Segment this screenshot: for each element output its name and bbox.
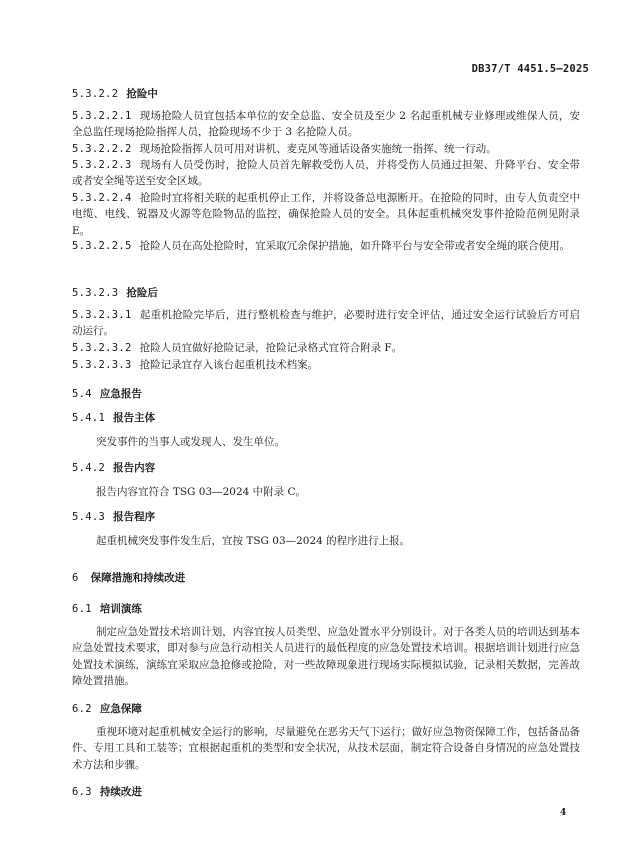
paragraph-5-4-2: 报告内容宜符合 TSG 03—2024 中附录 C。: [72, 484, 580, 500]
heading-number: 6.2: [72, 703, 92, 715]
paragraph-5-4-3: 起重机械突发事件发生后，宜按 TSG 03—2024 的程序进行上报。: [72, 533, 580, 549]
clause-number: 5.3.2.2.3: [72, 159, 132, 171]
heading-number: 5.3.2.2: [72, 88, 118, 100]
clause-number: 5.3.2.2.4: [72, 192, 132, 204]
document-code-header: DB37/T 4451.5—2025: [472, 63, 589, 75]
heading-5-3-2-2: 5.3.2.2抢险中: [72, 86, 158, 101]
clause-text: 抢险记录宜存入该台起重机技术档案。: [140, 359, 319, 371]
heading-6-1: 6.1培训演练: [72, 601, 142, 616]
heading-title: 抢险后: [126, 287, 158, 299]
heading-title: 抢险中: [126, 88, 158, 100]
heading-title: 应急保障: [100, 703, 142, 715]
clause-number: 5.3.2.3.1: [72, 309, 132, 321]
heading-title: 应急报告: [100, 388, 142, 400]
clause-number: 5.3.2.2.1: [72, 110, 132, 122]
clause-5-3-2-2-3: 5.3.2.2.3现场有人员受伤时，抢险人员首先解救受伤人员，并将受伤人员通过担…: [72, 157, 580, 190]
clause-number: 5.3.2.2.2: [72, 143, 132, 155]
clause-number: 5.3.2.2.5: [72, 240, 132, 252]
clause-5-3-2-2-2: 5.3.2.2.2现场抢险指挥人员可用对讲机、麦克风等通话设备实施统一指挥、统一…: [72, 141, 580, 157]
heading-6-2: 6.2应急保障: [72, 701, 142, 716]
paragraph-5-4-1: 突发事件的当事人或发现人、发生单位。: [72, 434, 580, 450]
heading-number: 6.3: [72, 786, 92, 798]
heading-6: 6保障措施和持续改进: [72, 570, 185, 585]
clause-5-3-2-2-5: 5.3.2.2.5抢险人员在高处抢险时，宜采取冗余保护措施，如升降平台与安全带或…: [72, 238, 580, 254]
clause-5-3-2-3-1: 5.3.2.3.1起重机抢险完毕后，进行整机检查与维护，必要时进行安全评估，通过…: [72, 307, 580, 340]
clause-5-3-2-3-2: 5.3.2.3.2抢险人员宜做好抢险记录，抢险记录格式宜符合附录 F。: [72, 340, 580, 356]
document-page: DB37/T 4451.5—2025 5.3.2.2抢险中 5.3.2.2.1现…: [0, 0, 631, 846]
clause-number: 5.3.2.3.3: [72, 359, 132, 371]
heading-number: 5.4.2: [72, 462, 105, 474]
clause-number: 5.3.2.3.2: [72, 342, 132, 354]
heading-5-4-3: 5.4.3报告程序: [72, 509, 155, 524]
page-number: 4: [560, 808, 566, 818]
heading-number: 6.1: [72, 603, 92, 615]
clause-text: 现场抢险指挥人员可用对讲机、麦克风等通话设备实施统一指挥、统一行动。: [140, 143, 497, 155]
heading-5-4-1: 5.4.1报告主体: [72, 410, 155, 425]
heading-title: 报告内容: [113, 462, 155, 474]
clause-5-3-2-3-3: 5.3.2.3.3抢险记录宜存入该台起重机技术档案。: [72, 357, 580, 373]
paragraph-6-2: 重视环境对起重机械安全运行的影响，尽量避免在恶劣天气下运行；做好应急物资保障工作…: [72, 724, 580, 773]
clause-text: 抢险人员宜做好抢险记录，抢险记录格式宜符合附录 F。: [140, 342, 403, 354]
heading-number: 6: [72, 572, 79, 584]
heading-number: 5.3.2.3: [72, 287, 118, 299]
heading-6-3: 6.3持续改进: [72, 784, 142, 799]
heading-title: 报告程序: [113, 511, 155, 523]
clause-text: 抢险人员在高处抢险时，宜采取冗余保护措施，如升降平台与安全带或者安全绳的联合使用…: [140, 240, 571, 252]
clause-5-3-2-2-1: 5.3.2.2.1现场抢险人员宜包括本单位的安全总监、安全员及至少 2 名起重机…: [72, 108, 580, 141]
heading-number: 5.4: [72, 388, 92, 400]
paragraph-6-1: 制定应急处置技术培训计划，内容宜按人员类型、应急处置水平分别设计。对于各类人员的…: [72, 624, 580, 689]
heading-number: 5.4.1: [72, 412, 105, 424]
heading-title: 报告主体: [113, 412, 155, 424]
clause-text: 现场抢险人员宜包括本单位的安全总监、安全员及至少 2 名起重机械专业修理或维保人…: [72, 110, 580, 138]
clause-text: 现场有人员受伤时，抢险人员首先解救受伤人员，并将受伤人员通过担架、升降平台、安全…: [72, 159, 580, 187]
clause-5-3-2-2-4: 5.3.2.2.4抢险时宜将相关联的起重机停止工作，并将设备总电源断开。在抢险的…: [72, 190, 580, 239]
heading-5-3-2-3: 5.3.2.3抢险后: [72, 285, 158, 300]
heading-number: 5.4.3: [72, 511, 105, 523]
heading-5-4-2: 5.4.2报告内容: [72, 460, 155, 475]
heading-title: 培训演练: [100, 603, 142, 615]
heading-5-4: 5.4应急报告: [72, 386, 142, 401]
heading-title: 保障措施和持续改进: [91, 572, 186, 584]
clause-text: 起重机抢险完毕后，进行整机检查与维护，必要时进行安全评估，通过安全运行试验后方可…: [72, 309, 580, 337]
heading-title: 持续改进: [100, 786, 142, 798]
clause-text: 抢险时宜将相关联的起重机停止工作，并将设备总电源断开。在抢险的同时，由专人负责空…: [72, 192, 580, 237]
